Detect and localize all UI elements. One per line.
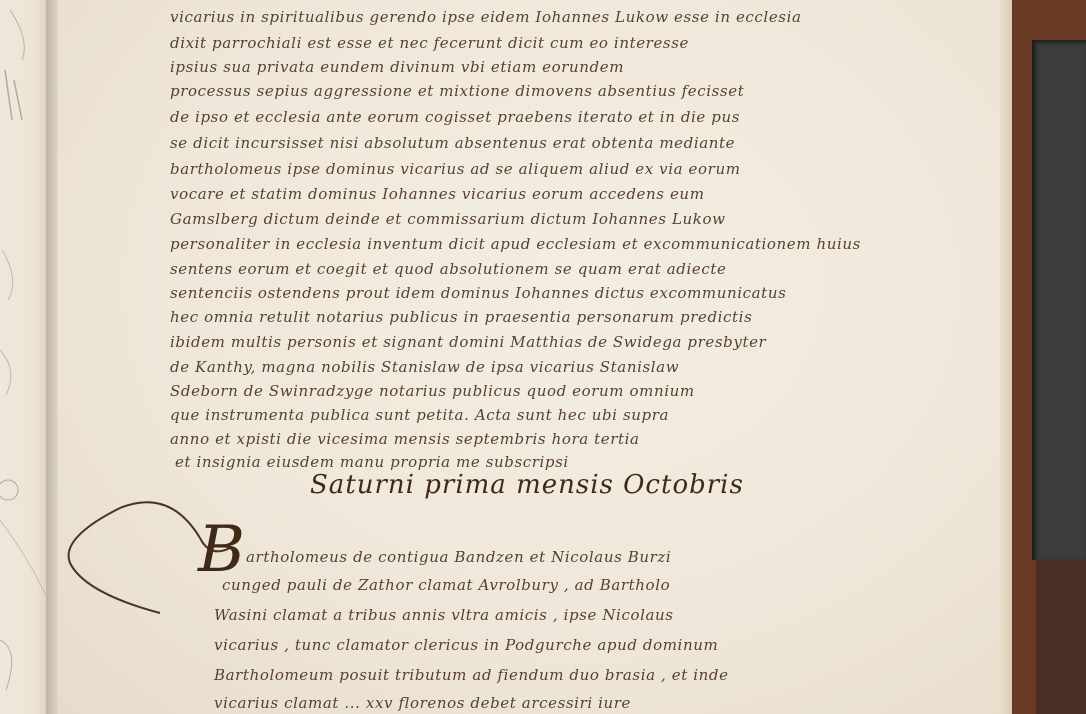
text-line: sentenciis ostendens prout idem dominus …	[170, 284, 786, 302]
text-line: vicarius clamat ... xxv florenos debet a…	[214, 694, 631, 712]
text-line: processus sepius aggressione et mixtione…	[170, 82, 744, 100]
text-line: ipsius sua privata eundem divinum vbi et…	[170, 58, 624, 76]
text-line: Sdeborn de Swinradzyge notarius publicus…	[170, 382, 695, 400]
text-line: que instrumenta publica sunt petita. Act…	[170, 406, 669, 424]
text-line: se dicit incursisset nisi absolutum abse…	[170, 134, 735, 152]
text-line: anno et xpisti die vicesima mensis septe…	[170, 430, 640, 448]
text-line: cunged pauli de Zathor clamat Avrolbury …	[222, 576, 670, 594]
text-line: dixit parrochiali est esse et nec feceru…	[170, 34, 689, 52]
text-line: Gamslberg dictum deinde et commissarium …	[170, 210, 726, 228]
text-line: vicarius , tunc clamator clericus in Pod…	[214, 636, 718, 654]
section-heading: Saturni prima mensis Octobris	[310, 470, 744, 500]
text-line: de Kanthy, magna nobilis Stanislaw de ip…	[170, 358, 679, 376]
text-line: de ipso et ecclesia ante eorum cogisset …	[170, 108, 740, 126]
frame-lower-block	[1036, 560, 1086, 714]
text-line: sentens eorum et coegit et quod absoluti…	[170, 260, 726, 278]
dark-backing	[1032, 40, 1086, 560]
manuscript-scan: vicarius in spiritualibus gerendo ipse e…	[0, 0, 1086, 714]
decorated-initial: B	[198, 518, 245, 582]
text-line: vocare et statim dominus Iohannes vicari…	[170, 185, 705, 203]
text-line: Bartholomeum posuit tributum ad fiendum …	[214, 666, 729, 684]
text-line: personaliter in ecclesia inventum dicit …	[170, 235, 861, 253]
text-line: et insignia eiusdem manu propria me subs…	[175, 453, 569, 471]
text-line: bartholomeus ipse dominus vicarius ad se…	[170, 160, 741, 178]
text-line: ibidem multis personis et signant domini…	[170, 333, 766, 351]
text-line: Wasini clamat a tribus annis vltra amici…	[214, 606, 674, 624]
margin-sketch-icon	[0, 0, 50, 714]
text-line: hec omnia retulit notarius publicus in p…	[170, 308, 752, 326]
left-facing-page	[0, 0, 50, 714]
text-line: artholomeus de contigua Bandzen et Nicol…	[246, 548, 671, 566]
text-line: vicarius in spiritualibus gerendo ipse e…	[170, 8, 802, 26]
